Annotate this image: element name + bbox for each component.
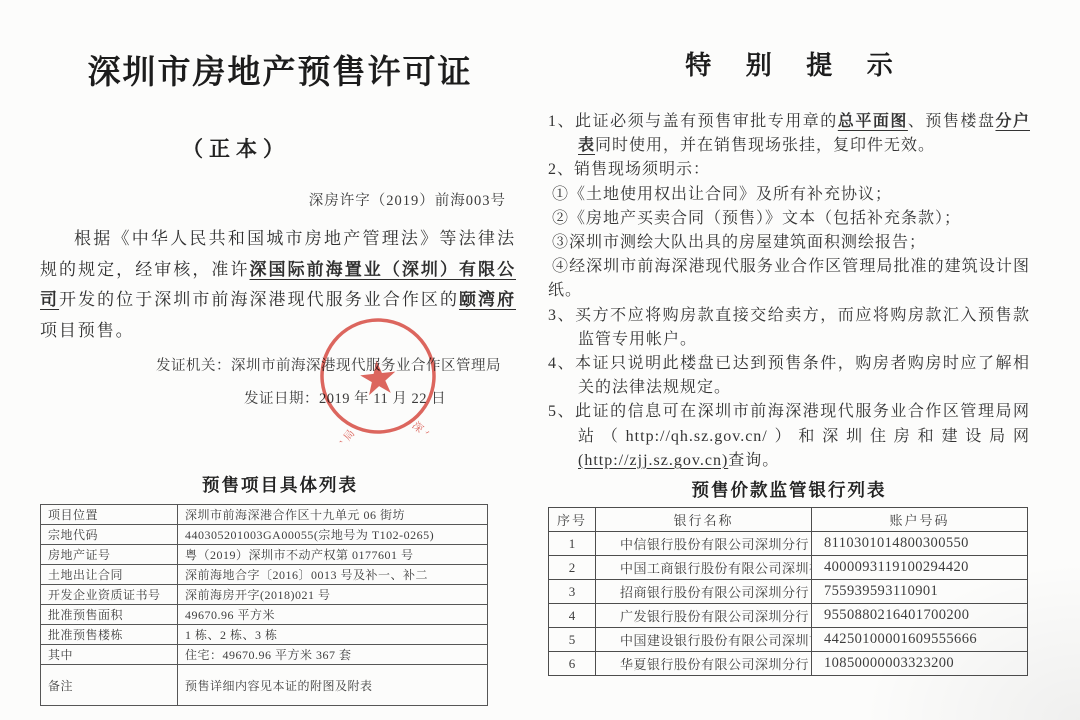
bank-table: 序号 银行名称 账户号码 1中信银行股份有限公司深圳分行811030101480… xyxy=(548,507,1028,676)
notice-text: 此证必须与盖有预售审批专用章的 xyxy=(575,113,838,130)
row-value: 深前海地合字〔2016〕0013 号及补一、补二 xyxy=(178,565,488,585)
table-row: 开发企业资质证书号深前海房开字(2018)021 号 xyxy=(41,585,488,605)
row-label: 项目位置 xyxy=(41,505,178,525)
notice-marker: 5、 xyxy=(548,403,575,420)
row-label: 批准预售面积 xyxy=(41,605,178,625)
project-name: 颐湾府 xyxy=(459,290,516,309)
notice-list: 1、此证必须与盖有预售审批专用章的总平面图、预售楼盘分户表同时使用，并在销售现场… xyxy=(548,110,1030,473)
table-row: 其中住宅：49670.96 平方米 367 套 xyxy=(41,645,488,665)
bank-name: 华夏银行股份有限公司深圳分行 xyxy=(596,652,812,676)
permit-body-paragraph: 根据《中华人民共和国城市房地产管理法》等法律法规的规定，经审核，准许深国际前海置… xyxy=(40,224,516,346)
bank-account: 44250100001609555666 xyxy=(812,628,1028,652)
table-row: 房地产证号粤（2019）深圳市不动产权第 0177601 号 xyxy=(41,545,488,565)
table-row: 宗地代码440305201003GA00055(宗地号为 T102-0265) xyxy=(41,525,488,545)
permit-main-panel: 深圳市房地产预售许可证 （正本） 深房许字（2019）前海003号 根据《中华人… xyxy=(40,46,520,706)
row-label: 土地出让合同 xyxy=(41,565,178,585)
bank-account: 9550880216401700200 xyxy=(812,604,1028,628)
bank-no: 6 xyxy=(549,652,596,676)
notice-subitem-3: ③深圳市测绘大队出具的房屋建筑面积测绘报告； xyxy=(548,231,1030,255)
issue-date-line: 发证日期：2019 年 11 月 22 日 xyxy=(40,387,520,408)
circled-number-icon: ① xyxy=(552,186,569,203)
row-label: 宗地代码 xyxy=(41,525,178,545)
row-value: 1 栋、2 栋、3 栋 xyxy=(178,625,488,645)
zjj-url-text: (http://zjj.sz.gov.cn) xyxy=(578,452,728,469)
bank-name: 广发银行股份有限公司深圳分行 xyxy=(596,604,812,628)
project-table: 项目位置深圳市前海深港合作区十九单元 06 街坊 宗地代码44030520100… xyxy=(40,504,488,706)
notice-text: 《房地产买卖合同（预售）》文本（包括补充条款）； xyxy=(569,210,961,227)
table-row: 5中国建设银行股份有限公司深圳市分行44250100001609555666 xyxy=(549,628,1028,652)
notice-item-1: 1、此证必须与盖有预售审批专用章的总平面图、预售楼盘分户表同时使用，并在销售现场… xyxy=(548,110,1030,158)
row-label: 备注 xyxy=(41,665,178,706)
official-seal: 深圳市前海深港现代服务业合作区管理局 ★ xyxy=(310,308,446,444)
notice-subitem-1: ①《土地使用权出让合同》及所有补充协议； xyxy=(548,183,1030,207)
site-plan-emphasis: 总平面图 xyxy=(838,113,908,130)
notice-text: 买方不应将购房款直接交给卖方，而应将购房款汇入预售款监管专用帐户。 xyxy=(575,307,1030,348)
bank-account: 4000093119100294420 xyxy=(812,556,1028,580)
notice-text: 深圳市测绘大队出具的房屋建筑面积测绘报告； xyxy=(569,234,926,251)
row-value: 深前海房开字(2018)021 号 xyxy=(178,585,488,605)
bank-no: 2 xyxy=(549,556,596,580)
bank-account: 10850000003323200 xyxy=(812,652,1028,676)
presale-permit-document: 深圳市房地产预售许可证 （正本） 深房许字（2019）前海003号 根据《中华人… xyxy=(0,0,1080,720)
table-row: 6华夏银行股份有限公司深圳分行10850000003323200 xyxy=(549,652,1028,676)
notice-item-5: 5、此证的信息可在深圳市前海深港现代服务业合作区管理局网站（http://qh.… xyxy=(548,400,1030,473)
row-value: 深圳市前海深港合作区十九单元 06 街坊 xyxy=(178,505,488,525)
bank-account: 8110301014800300550 xyxy=(812,532,1028,556)
row-value: 49670.96 平方米 xyxy=(178,605,488,625)
special-notice-title: 特 别 提 示 xyxy=(548,50,1030,82)
notice-marker: 3、 xyxy=(548,307,575,324)
notice-marker: 4、 xyxy=(548,355,575,372)
notice-text: 销售现场须明示： xyxy=(574,161,710,178)
issuer-line: 发证机关：深圳市前海深港现代服务业合作区管理局 xyxy=(40,354,520,375)
notice-item-2: 2、销售现场须明示： xyxy=(548,158,1030,182)
bank-account: 755939593110901 xyxy=(812,580,1028,604)
bank-name: 中国工商银行股份有限公司深圳福永支行 xyxy=(596,556,812,580)
row-value: 预售详细内容见本证的附图及附表 xyxy=(178,665,488,706)
row-label: 批准预售楼栋 xyxy=(41,625,178,645)
permit-title: 深圳市房地产预售许可证 xyxy=(40,46,520,93)
notice-marker: 2、 xyxy=(548,161,574,178)
notice-subitem-4: ④经深圳市前海深港现代服务业合作区管理局批准的建筑设计图纸。 xyxy=(548,255,1030,303)
bank-name: 中国建设银行股份有限公司深圳市分行 xyxy=(596,628,812,652)
row-value: 粤（2019）深圳市不动产权第 0177601 号 xyxy=(178,545,488,565)
bank-no: 5 xyxy=(549,628,596,652)
copy-type-label: （正本） xyxy=(182,133,520,163)
column-header-no: 序号 xyxy=(549,508,596,532)
table-row: 项目位置深圳市前海深港合作区十九单元 06 街坊 xyxy=(41,505,488,525)
table-row: 3招商银行股份有限公司深圳分行755939593110901 xyxy=(549,580,1028,604)
body-text: 开发的位于深圳市前海深港现代服务业合作区的 xyxy=(59,290,459,309)
row-value: 440305201003GA00055(宗地号为 T102-0265) xyxy=(178,525,488,545)
bank-name: 中信银行股份有限公司深圳分行 xyxy=(596,532,812,556)
column-header-account: 账户号码 xyxy=(812,508,1028,532)
notice-item-3: 3、买方不应将购房款直接交给卖方，而应将购房款汇入预售款监管专用帐户。 xyxy=(548,304,1030,352)
notice-text: 经深圳市前海深港现代服务业合作区管理局批准的建筑设计图纸。 xyxy=(548,258,1030,299)
special-notice-panel: 特 别 提 示 1、此证必须与盖有预售审批专用章的总平面图、预售楼盘分户表同时使… xyxy=(548,40,1030,676)
issuer-label: 发证机关： xyxy=(156,358,231,374)
bank-no: 1 xyxy=(549,532,596,556)
notice-text: 本证只说明此楼盘已达到预售条件，购房者购房时应了解相关的法律法规规定。 xyxy=(575,355,1030,396)
bank-no: 3 xyxy=(549,580,596,604)
bank-table-title: 预售价款监管银行列表 xyxy=(548,477,1030,502)
table-row: 批准预售面积49670.96 平方米 xyxy=(41,605,488,625)
column-header-bank-name: 银行名称 xyxy=(596,508,812,532)
issue-date-label: 发证日期： xyxy=(244,391,319,407)
circled-number-icon: ④ xyxy=(552,258,569,275)
bank-name: 招商银行股份有限公司深圳分行 xyxy=(596,580,812,604)
project-table-title: 预售项目具体列表 xyxy=(40,472,520,497)
table-row: 备注预售详细内容见本证的附图及附表 xyxy=(41,665,488,706)
row-value: 住宅：49670.96 平方米 367 套 xyxy=(178,645,488,665)
seal-star-icon: ★ xyxy=(355,349,402,407)
bank-table-header-row: 序号 银行名称 账户号码 xyxy=(549,508,1028,532)
doc-number: 深房许字（2019）前海003号 xyxy=(40,189,520,210)
table-row: 土地出让合同深前海地合字〔2016〕0013 号及补一、补二 xyxy=(41,565,488,585)
notice-text: 《土地使用权出让合同》及所有补充协议； xyxy=(569,186,892,203)
notice-text: 查询。 xyxy=(728,452,779,469)
table-row: 1中信银行股份有限公司深圳分行8110301014800300550 xyxy=(549,532,1028,556)
notice-item-4: 4、本证只说明此楼盘已达到预售条件，购房者购房时应了解相关的法律法规规定。 xyxy=(548,352,1030,400)
body-text: 项目预售。 xyxy=(40,321,135,340)
circled-number-icon: ② xyxy=(552,210,569,227)
table-row: 2中国工商银行股份有限公司深圳福永支行4000093119100294420 xyxy=(549,556,1028,580)
notice-text: 此证的信息可在深圳市前海深港现代服务业合作区管理局网站（http://qh.sz… xyxy=(575,403,1030,444)
notice-subitem-2: ②《房地产买卖合同（预售）》文本（包括补充条款）； xyxy=(548,207,1030,231)
notice-text: 、预售楼盘 xyxy=(908,113,996,130)
notice-text: 同时使用，并在销售现场张挂，复印件无效。 xyxy=(595,137,935,154)
row-label: 其中 xyxy=(41,645,178,665)
bank-no: 4 xyxy=(549,604,596,628)
circled-number-icon: ③ xyxy=(552,234,569,251)
row-label: 房地产证号 xyxy=(41,545,178,565)
table-row: 4广发银行股份有限公司深圳分行9550880216401700200 xyxy=(549,604,1028,628)
notice-marker: 1、 xyxy=(548,113,575,130)
table-row: 批准预售楼栋1 栋、2 栋、3 栋 xyxy=(41,625,488,645)
row-label: 开发企业资质证书号 xyxy=(41,585,178,605)
